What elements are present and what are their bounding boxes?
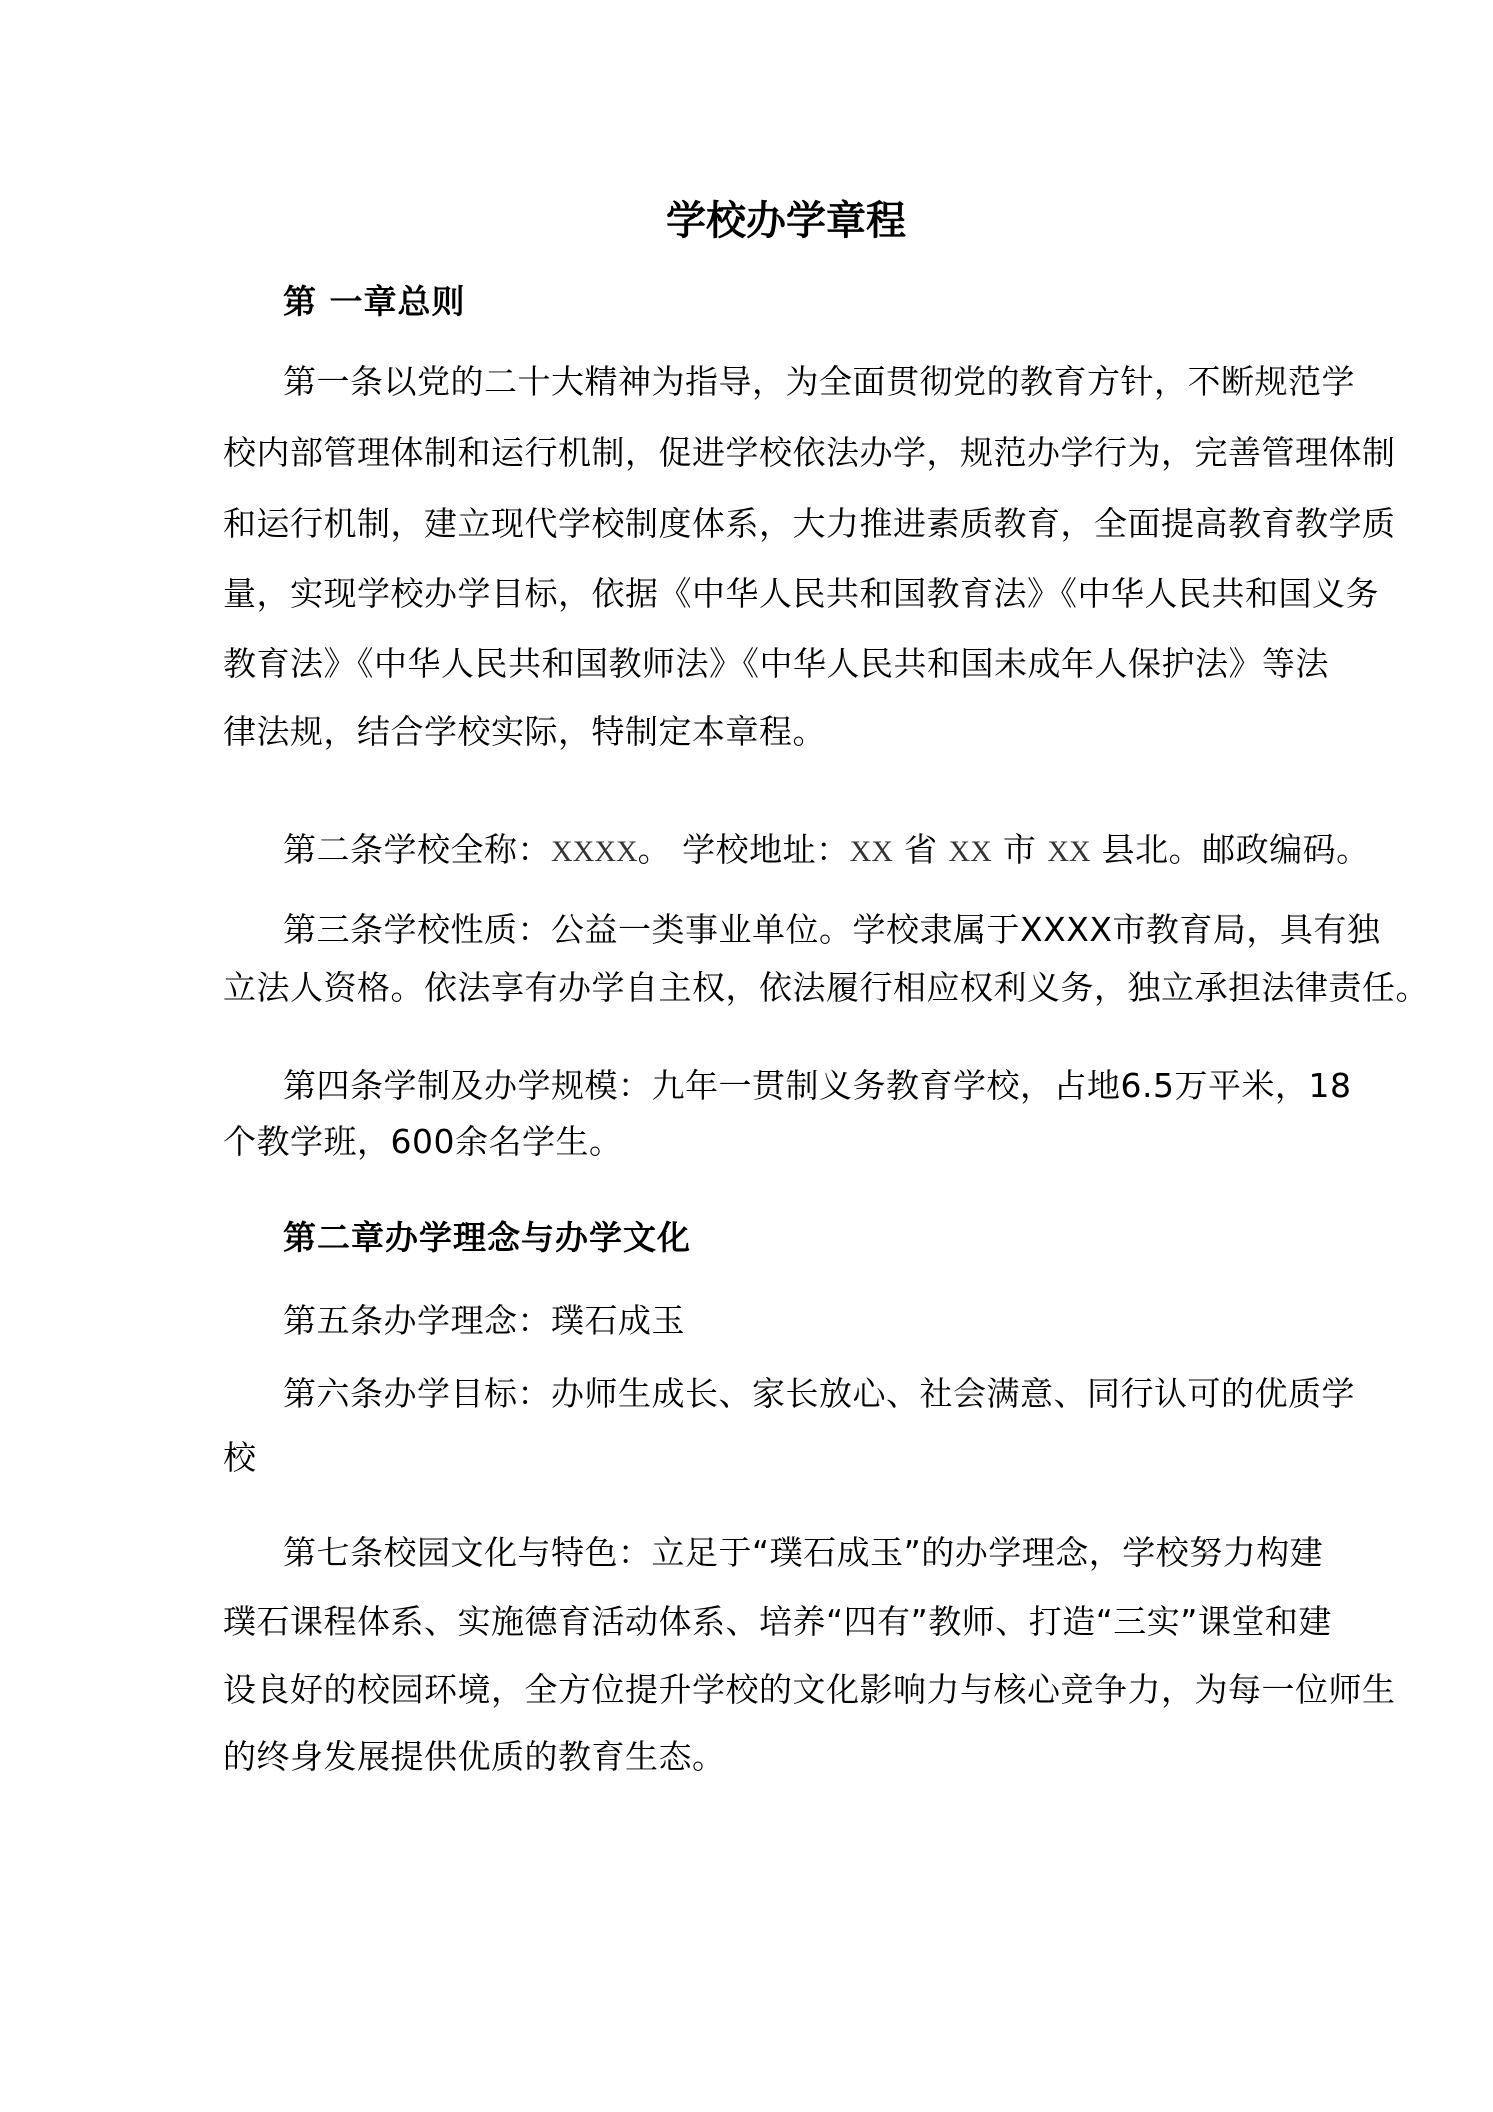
article-6-line-2: 校 [223,1436,257,1480]
article-2: 第二条学校全称：XXXX。 学校地址：XX 省 XX 市 XX 县北。邮政编码。 [283,828,1370,874]
article-4-line-2: 个教学班，600余名学生。 [223,1120,623,1164]
address-tail: 县北。邮政编码。 [1091,830,1370,869]
province-label: 省 [893,830,948,869]
article-7-line-1: 第七条校园文化与特色：立足于“璞石成玉”的办学理念，学校努力构建 [283,1531,1323,1575]
city-label: 市 [992,830,1047,869]
article-5: 第五条办学理念：璞石成玉 [283,1299,685,1343]
article-7-line-2: 璞石课程体系、实施德育活动体系、培养“四有”教师、打造“三实”课堂和建 [223,1600,1332,1644]
article-1-line-2: 校内部管理体制和运行机制，促进学校依法办学，规范办学行为，完善管理体制 [223,431,1396,475]
article-7-line-3: 设良好的校园环境，全方位提升学校的文化影响力与核心竞争力，为每一位师生 [223,1668,1396,1712]
article-6-line-1: 第六条办学目标：办师生成长、家长放心、社会满意、同行认可的优质学 [283,1372,1355,1416]
article-1-line-1: 第一条以党的二十大精神为指导，为全面贯彻党的教育方针，不断规范学 [283,360,1355,404]
article-1-line-4: 量，实现学校办学目标，依据《中华人民共和国教育法》《中华人民共和国义务 [223,572,1379,616]
article-3-line-2: 立法人资格。依法享有办学自主权，依法履行相应权利义务，独立承担法律责任。 [223,966,1429,1010]
article-2-label: 第二条学校全称： [283,830,551,869]
article-1-line-3: 和运行机制，建立现代学校制度体系，大力推进素质教育，全面提高教育教学质 [223,502,1396,546]
document-title: 学校办学章程 [0,196,1493,246]
chapter-1-heading: 第 一章总则 [283,280,466,324]
document-page: 学校办学章程 第 一章总则 第一条以党的二十大精神为指导，为全面贯彻党的教育方针… [0,0,1493,2112]
county-placeholder: XX [1047,835,1090,868]
address-label: 。 学校地址： [638,830,850,869]
city-placeholder: XX [949,835,992,868]
chapter-2-heading: 第二章办学理念与办学文化 [283,1216,691,1260]
article-3-line-1: 第三条学校性质：公益一类事业单位。学校隶属于XXXX市教育局，具有独 [283,908,1380,952]
province-placeholder: XX [850,835,893,868]
school-name-placeholder: XXXX [551,835,638,868]
article-1-line-6: 律法规，结合学校实际，特制定本章程。 [223,710,826,754]
article-4-line-1: 第四条学制及办学规模：九年一贯制义务教育学校，占地6.5万平米，18 [283,1064,1351,1108]
article-7-line-4: 的终身发展提供优质的教育生态。 [223,1735,726,1779]
article-1-line-5: 教育法》《中华人民共和国教师法》《中华人民共和国未成年人保护法》等法 [223,642,1329,686]
